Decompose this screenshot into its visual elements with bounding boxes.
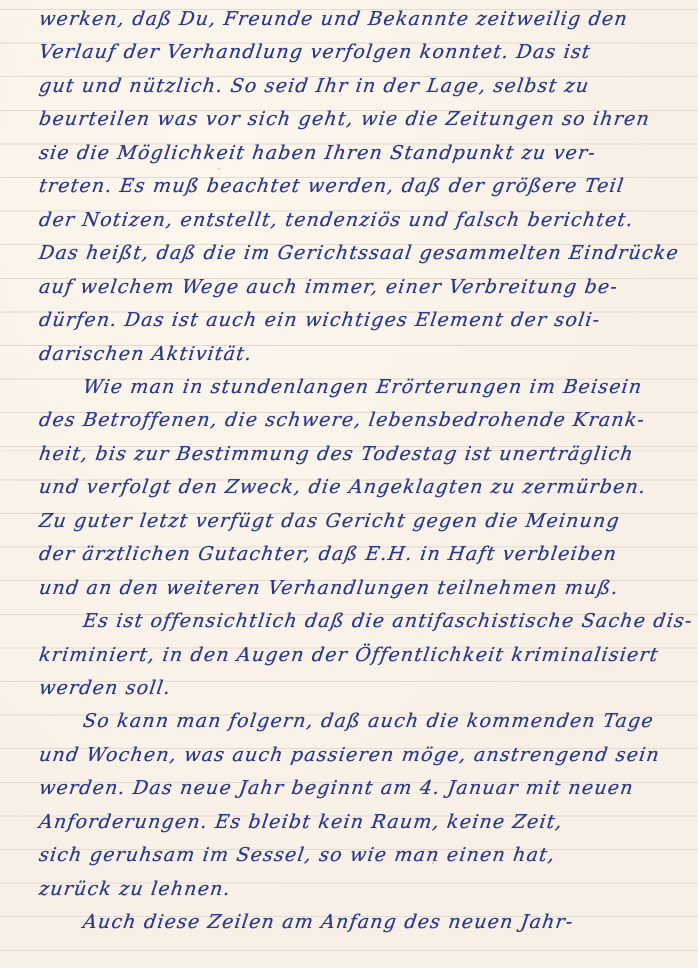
handwritten-line: dürfen. Das ist auch ein wichtiges Eleme… <box>36 309 681 343</box>
handwritten-line: des Betroffenen, die schwere, lebensbedr… <box>36 409 681 443</box>
handwritten-line: Zu guter letzt verfügt das Gericht gegen… <box>36 510 681 544</box>
handwritten-line: zurück zu lehnen. <box>36 878 681 912</box>
handwritten-line: werden. Das neue Jahr beginnt am 4. Janu… <box>36 777 681 811</box>
handwritten-line: und Wochen, was auch passieren möge, ans… <box>36 744 681 778</box>
handwritten-line: Verlauf der Verhandlung verfolgen konnte… <box>36 41 681 75</box>
handwritten-line: und an den weiteren Verhandlungen teilne… <box>36 577 681 611</box>
letter-page: werken, daß Du, Freunde und Bekannte zei… <box>0 0 698 968</box>
handwritten-line: sich geruhsam im Sessel, so wie man eine… <box>36 844 681 878</box>
handwritten-line: der ärztlichen Gutachter, daß E.H. in Ha… <box>36 543 681 577</box>
handwritten-line: So kann man folgern, daß auch die kommen… <box>80 710 681 744</box>
handwritten-line: beurteilen was vor sich geht, wie die Ze… <box>36 108 681 142</box>
handwritten-line: Es ist offensichtlich daß die antifaschi… <box>80 610 681 644</box>
handwritten-line: Auch diese Zeilen am Anfang des neuen Ja… <box>80 911 681 945</box>
handwritten-line: und verfolgt den Zweck, die Angeklagten … <box>36 476 681 510</box>
handwritten-line: werden soll. <box>36 677 681 711</box>
handwritten-line: sie die Möglichkeit haben Ihren Standpun… <box>36 142 681 176</box>
handwritten-line: werken, daß Du, Freunde und Bekannte zei… <box>36 8 681 42</box>
handwritten-line: Wie man in stundenlangen Erörterungen im… <box>80 376 681 410</box>
handwritten-line: darischen Aktivität. <box>36 343 681 377</box>
handwritten-line: auf welchem Wege auch immer, einer Verbr… <box>36 276 681 310</box>
handwritten-line: Anforderungen. Es bleibt kein Raum, kein… <box>36 811 681 845</box>
handwritten-line: heit, bis zur Bestimmung des Todestag is… <box>36 443 681 477</box>
handwritten-line: Das heißt, daß die im Gerichtssaal gesam… <box>36 242 681 276</box>
handwritten-line: kriminiert, in den Augen der Öffentlichk… <box>36 644 681 678</box>
handwritten-line: gut und nützlich. So seid Ihr in der Lag… <box>36 75 681 109</box>
handwritten-line: der Notizen, entstellt, tendenziös und f… <box>36 209 681 243</box>
handwritten-line: treten. Es muß beachtet werden, daß der … <box>36 175 681 209</box>
